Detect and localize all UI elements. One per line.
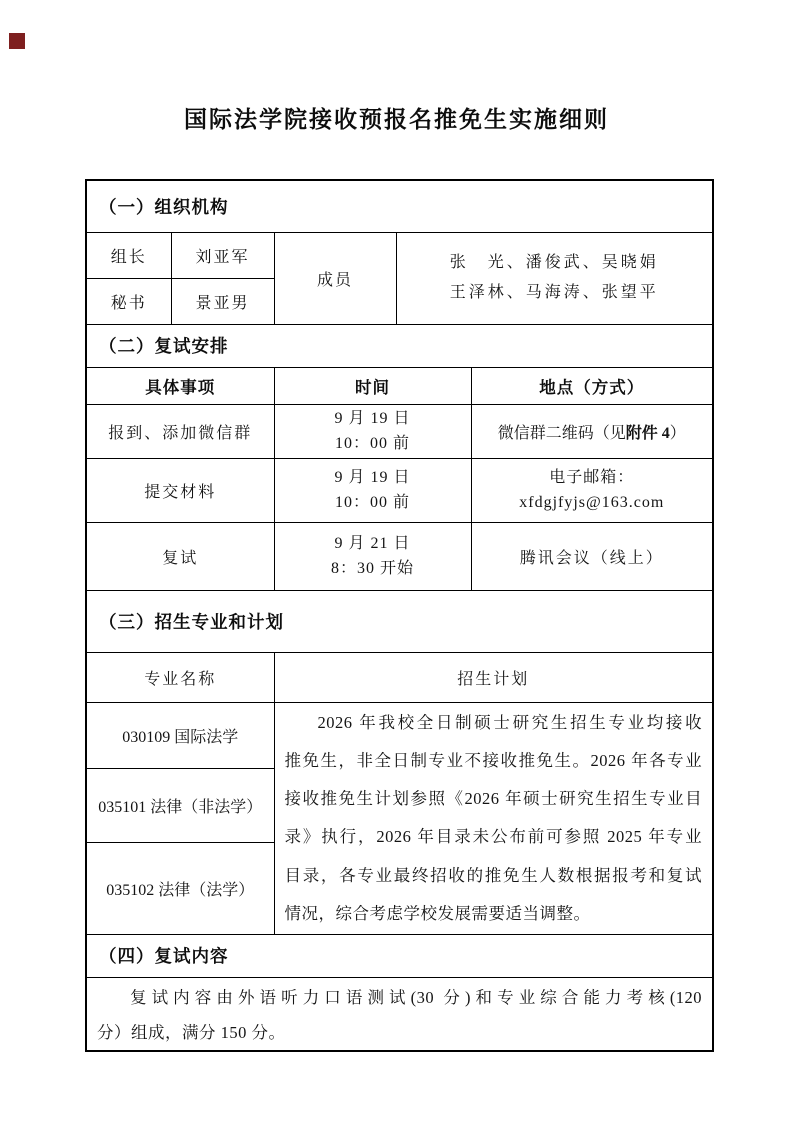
schedule-col-time: 时间 bbox=[274, 367, 471, 404]
interview-content-cell: 复试内容由外语听力口语测试(30 分)和专业综合能力考核(120 分）组成，满分… bbox=[86, 977, 713, 1051]
schedule-row1-item: 报到、添加微信群 bbox=[86, 404, 274, 458]
schedule-row1-place-attachment: 附件 4 bbox=[626, 425, 670, 442]
schedule-row2-place-line1: 电子邮箱： bbox=[472, 465, 713, 490]
schedule-row3-time-line2: 8：30 开始 bbox=[275, 556, 471, 581]
schedule-row3-item: 复试 bbox=[86, 522, 274, 590]
schedule-row2-place: 电子邮箱： xfdgjfyjs@163.com bbox=[471, 458, 713, 522]
members-line-1: 张 光、潘俊武、吴晓娟 bbox=[397, 248, 713, 278]
majors-note-line-5: 目录，各专业最终招收的推免生人数根据报考和复试 bbox=[285, 857, 703, 895]
schedule-row1-place-suffix: ） bbox=[670, 425, 686, 442]
major-row-1: 030109 国际法学 bbox=[86, 702, 274, 768]
members-line-2: 王泽林、马海涛、张望平 bbox=[397, 278, 713, 308]
majors-note-line-1: 2026 年我校全日制硕士研究生招生专业均接收 bbox=[285, 704, 703, 742]
majors-note-line-6: 情况，综合考虑学校发展需要适当调整。 bbox=[285, 895, 703, 933]
section-4-heading: （四）复试内容 bbox=[86, 934, 713, 977]
schedule-col-item: 具体事项 bbox=[86, 367, 274, 404]
schedule-row1-time-line2: 10：00 前 bbox=[275, 431, 471, 456]
red-marker bbox=[9, 33, 25, 49]
major-row-3: 035102 法律（法学） bbox=[86, 842, 274, 934]
document-page: 国际法学院接收预报名推免生实施细则 （一）组织机构 组长 刘亚军 成员 张 光、… bbox=[0, 0, 793, 1122]
majors-note-cell: 2026 年我校全日制硕士研究生招生专业均接收 推免生，非全日制专业不接收推免生… bbox=[274, 702, 713, 934]
section-1-heading: （一）组织机构 bbox=[86, 180, 713, 232]
majors-note-line-2: 推免生，非全日制专业不接收推免生。2026 年各专业 bbox=[285, 742, 703, 780]
rules-table: （一）组织机构 组长 刘亚军 成员 张 光、潘俊武、吴晓娟 王泽林、马海涛、张望… bbox=[85, 179, 714, 1052]
schedule-row3-place: 腾讯会议（线上） bbox=[471, 522, 713, 590]
document-title: 国际法学院接收预报名推免生实施细则 bbox=[0, 101, 793, 134]
schedule-row2-item: 提交材料 bbox=[86, 458, 274, 522]
leader-name-cell: 刘亚军 bbox=[171, 232, 274, 278]
members-label-cell: 成员 bbox=[274, 232, 396, 324]
schedule-col-place: 地点（方式） bbox=[471, 367, 713, 404]
members-names-cell: 张 光、潘俊武、吴晓娟 王泽林、马海涛、张望平 bbox=[396, 232, 713, 324]
schedule-row3-time: 9 月 21 日 8：30 开始 bbox=[274, 522, 471, 590]
schedule-row2-time-line1: 9 月 19 日 bbox=[275, 465, 471, 490]
majors-note-line-4: 录》执行，2026 年目录未公布前可参照 2025 年专业 bbox=[285, 818, 703, 856]
schedule-row2-time: 9 月 19 日 10：00 前 bbox=[274, 458, 471, 522]
major-row-2: 035101 法律（非法学） bbox=[86, 768, 274, 842]
interview-line-2: 分）组成，满分 150 分。 bbox=[97, 1015, 702, 1050]
majors-col-plan: 招生计划 bbox=[274, 652, 713, 702]
secretary-name-cell: 景亚男 bbox=[171, 278, 274, 324]
schedule-row1-place-prefix: 微信群二维码（见 bbox=[498, 425, 626, 442]
majors-note-line-3: 接收推免生计划参照《2026 年硕士研究生招生专业目 bbox=[285, 780, 703, 818]
interview-line-1: 复试内容由外语听力口语测试(30 分)和专业综合能力考核(120 bbox=[97, 980, 702, 1015]
secretary-label-cell: 秘书 bbox=[86, 278, 171, 324]
schedule-row2-email: xfdgjfyjs@163.com bbox=[472, 490, 713, 515]
schedule-row1-time-line1: 9 月 19 日 bbox=[275, 406, 471, 431]
leader-label-cell: 组长 bbox=[86, 232, 171, 278]
schedule-row1-time: 9 月 19 日 10：00 前 bbox=[274, 404, 471, 458]
schedule-row3-time-line1: 9 月 21 日 bbox=[275, 531, 471, 556]
section-2-heading: （二）复试安排 bbox=[86, 324, 713, 367]
section-3-heading: （三）招生专业和计划 bbox=[86, 590, 713, 652]
schedule-row2-time-line2: 10：00 前 bbox=[275, 490, 471, 515]
majors-col-name: 专业名称 bbox=[86, 652, 274, 702]
schedule-row1-place: 微信群二维码（见附件 4） bbox=[471, 404, 713, 458]
